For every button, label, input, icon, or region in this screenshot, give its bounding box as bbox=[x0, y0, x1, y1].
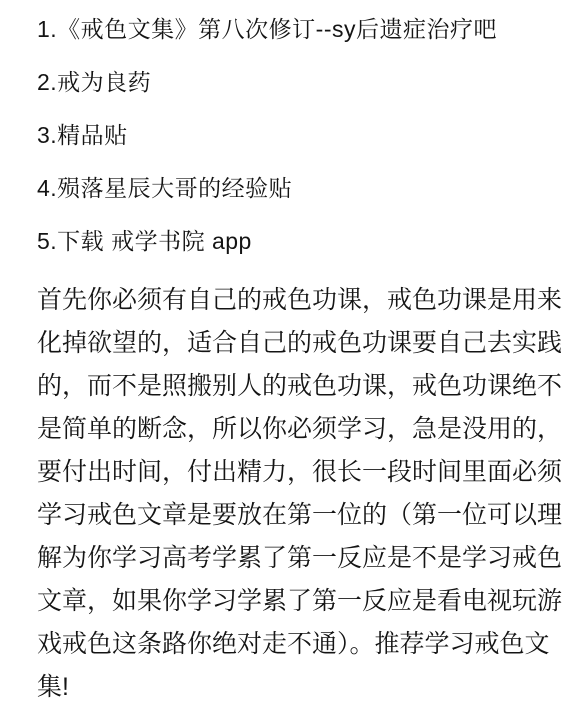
paragraph-line: 学习戒色文章是要放在第一位的（第一位可以理 bbox=[37, 494, 552, 537]
document-page: { "page": { "background_color": "#ffffff… bbox=[0, 0, 580, 713]
paragraph-line: 戏戒色这条路你绝对走不通）。推荐学习戒色文 bbox=[37, 623, 552, 666]
numbered-list: 1.《戒色文集》第八次修订--sy后遗症治疗吧 2.戒为良药 3.精品贴 4.殒… bbox=[37, 3, 552, 268]
paragraph-line: 集! bbox=[37, 666, 552, 709]
paragraph-line: 化掉欲望的，适合自己的戒色功课要自己去实践 bbox=[37, 322, 552, 365]
paragraph-line: 首先你必须有自己的戒色功课，戒色功课是用来 bbox=[37, 279, 552, 322]
text-content: 1.《戒色文集》第八次修订--sy后遗症治疗吧 2.戒为良药 3.精品贴 4.殒… bbox=[0, 0, 580, 709]
paragraph-line: 的，而不是照搬别人的戒色功课，戒色功课绝不 bbox=[37, 365, 552, 408]
paragraph: 首先你必须有自己的戒色功课，戒色功课是用来 化掉欲望的，适合自己的戒色功课要自己… bbox=[37, 279, 552, 709]
paragraph-line: 解为你学习高考学累了第一反应是不是学习戒色 bbox=[37, 537, 552, 580]
list-item-4: 4.殒落星辰大哥的经验贴 bbox=[37, 162, 552, 215]
list-item-1: 1.《戒色文集》第八次修订--sy后遗症治疗吧 bbox=[37, 3, 552, 56]
list-item-5: 5.下载 戒学书院 app bbox=[37, 215, 552, 268]
paragraph-line: 文章，如果你学习学累了第一反应是看电视玩游 bbox=[37, 580, 552, 623]
paragraph-line: 是简单的断念，所以你必须学习，急是没用的， bbox=[37, 408, 552, 451]
paragraph-line: 要付出时间，付出精力，很长一段时间里面必须 bbox=[37, 451, 552, 494]
list-item-2: 2.戒为良药 bbox=[37, 56, 552, 109]
list-item-3: 3.精品贴 bbox=[37, 109, 552, 162]
